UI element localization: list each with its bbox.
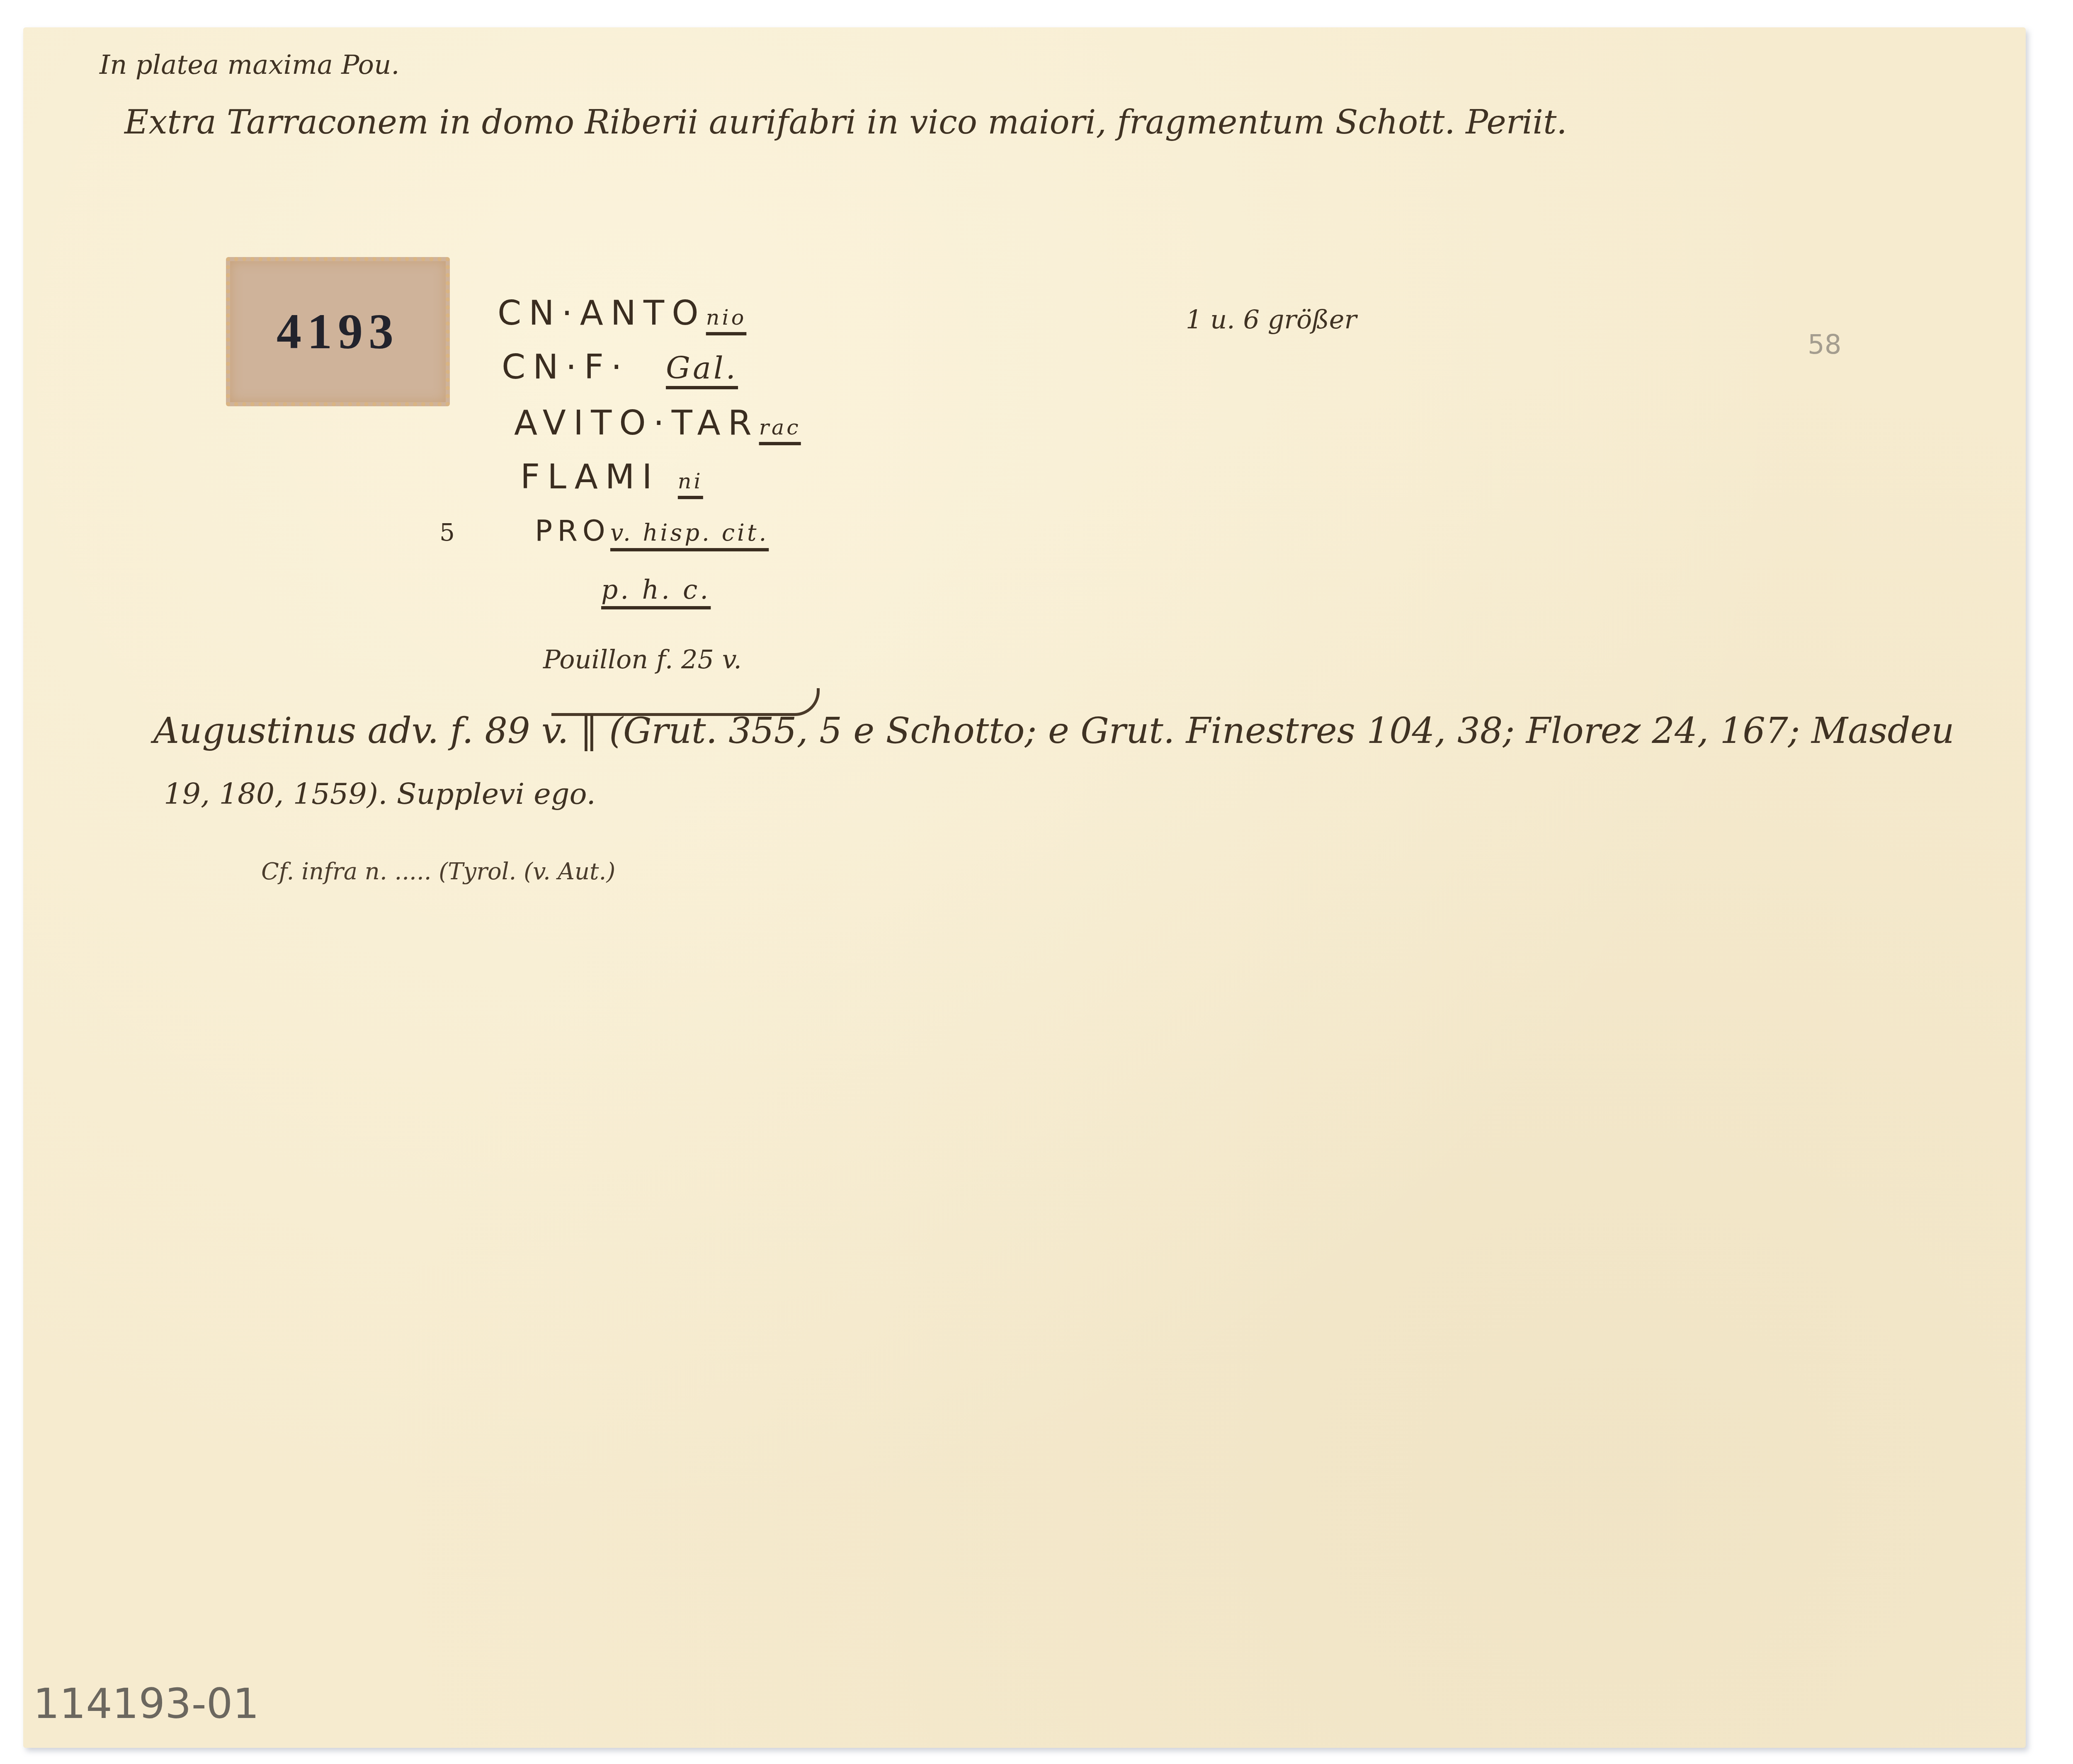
faint-pencil-number: 58 — [1808, 332, 1841, 358]
provenance-text-2: Extra Tarraconem in domo Riberii aurifab… — [124, 103, 1567, 141]
provenance-line-1: In platea maxima Pou. — [100, 52, 400, 78]
line-number-marker: 5 — [439, 518, 455, 546]
size-note: 1 u. 6 größer — [1186, 307, 1357, 332]
inscription-text: CN·ANTO — [498, 294, 706, 333]
inscription-line-3: AVITO·TARrac — [514, 406, 801, 440]
inscription-supplement: Gal. — [666, 350, 738, 386]
commentary-line-1: Augustinus adv. f. 89 v. ‖ (Grut. 355, 5… — [153, 713, 1954, 749]
source-note: Pouillon f. 25 v. — [543, 647, 742, 672]
inscription-supplement: v. hisp. cit. — [610, 519, 769, 546]
inscription-supplement: rac — [759, 415, 801, 439]
inscription-text: CN·F· — [502, 347, 629, 387]
archive-number: 114193-01 — [33, 1683, 259, 1725]
cross-reference: Cf. infra n. ..... (Tyrol. (v. Aut.) — [261, 860, 615, 883]
inscription-line-6: p. h. c. — [601, 574, 711, 603]
inscription-line-2: CN·F· Gal. — [502, 350, 738, 384]
inscription-supplement: nio — [706, 305, 747, 330]
catalogue-number-label: 4193 — [226, 257, 450, 406]
inscription-supplement: ni — [678, 469, 703, 493]
inscription-text: FLAMI — [520, 457, 660, 497]
inscription-text: AVITO·TAR — [514, 403, 759, 443]
commentary-line-2: 19, 180, 1559). Supplevi ego. — [164, 779, 596, 808]
catalogue-number: 4193 — [277, 303, 399, 360]
inscription-line-1: CN·ANTOnio — [498, 296, 746, 330]
provenance-text-1: In platea maxima Pou. — [100, 50, 400, 80]
inscription-line-4: FLAMI ni — [520, 460, 703, 494]
inscription-text: PRO — [535, 514, 610, 548]
provenance-line-2: Extra Tarraconem in domo Riberii aurifab… — [124, 106, 1567, 139]
inscription-supplement: p. h. c. — [601, 575, 711, 605]
inscription-line-5: PROv. hisp. cit. — [535, 516, 769, 545]
